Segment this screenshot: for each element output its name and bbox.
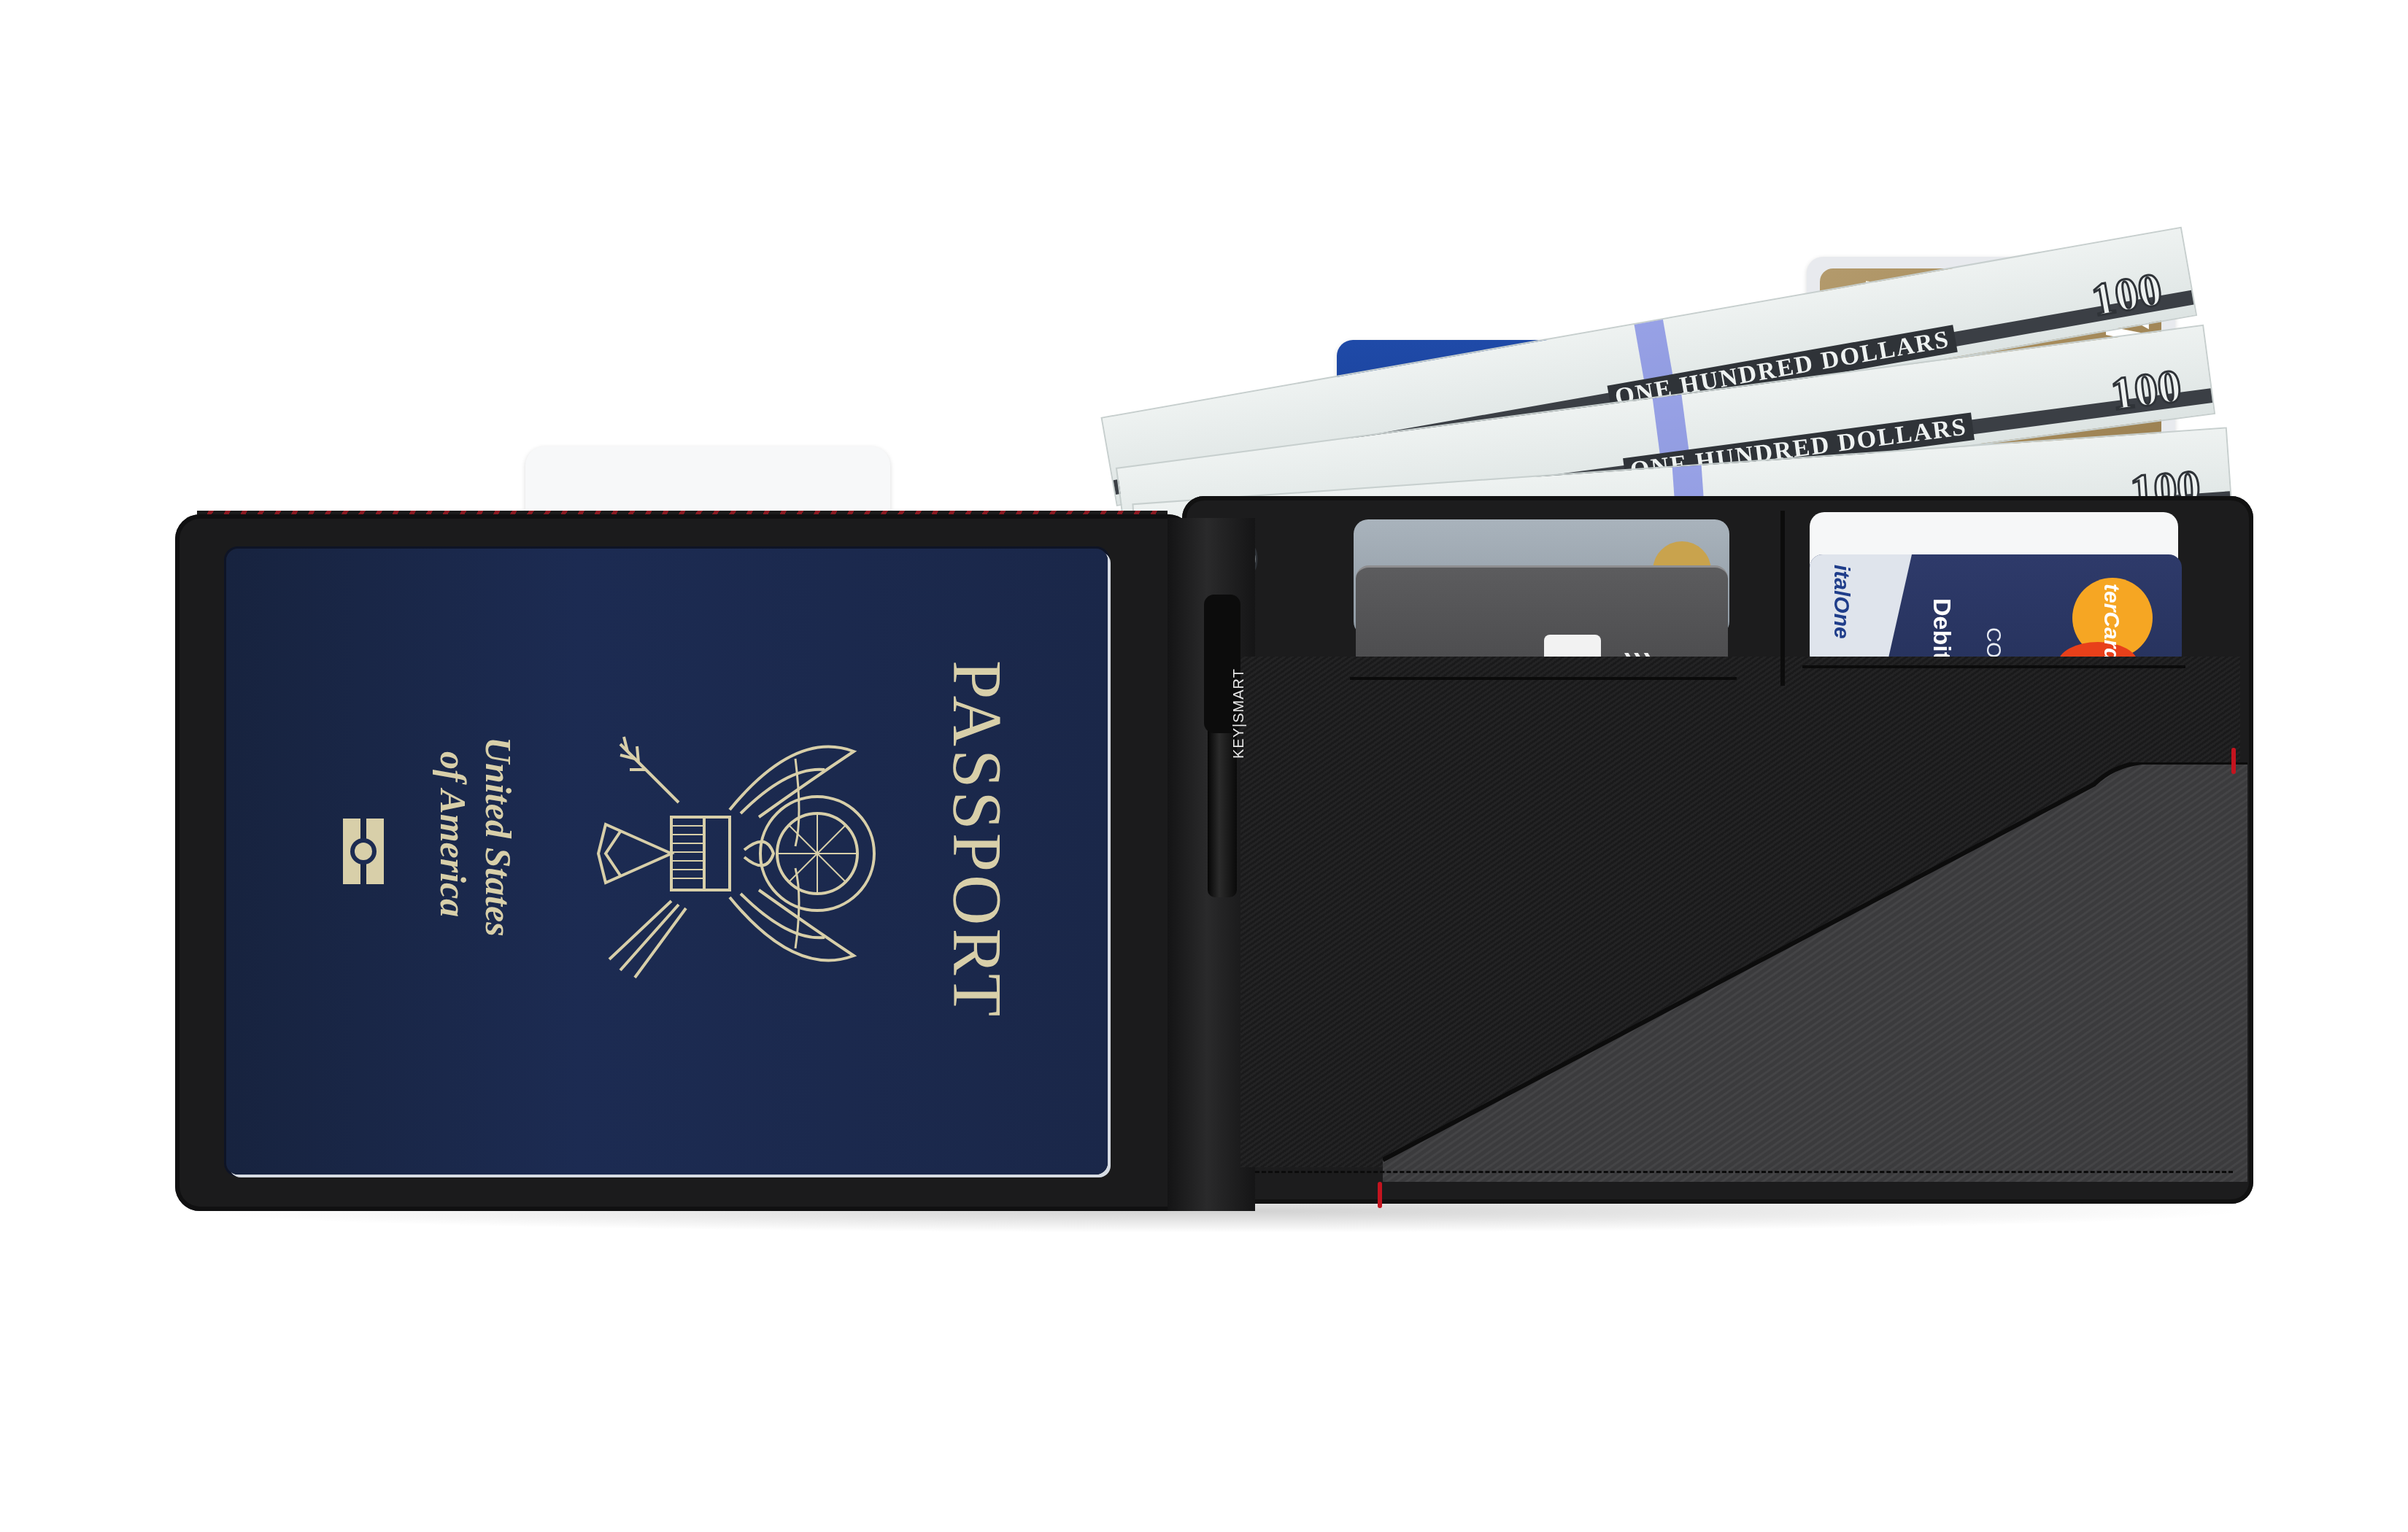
red-stitch-accent (1378, 1182, 1382, 1208)
debit-card-partial-text: CO (1982, 627, 2005, 658)
pen-brand-text: KEY|SMART (1231, 668, 1248, 759)
passport-country-line1: United States (477, 737, 520, 937)
mastercard-text: terCard (2099, 584, 2123, 662)
bottom-stitching (1255, 1171, 2233, 1173)
red-stitch-accent (2231, 748, 2236, 774)
debit-card-type: Debit (1927, 598, 1956, 660)
passport-country-line2: of America (432, 751, 474, 917)
biometric-chip-icon (343, 819, 384, 884)
bill-denomination: 100 (2088, 262, 2166, 328)
passport-title: PASSPORT (937, 660, 1018, 1019)
great-seal-eagle-icon (576, 700, 883, 1007)
grey-diagonal-pocket (1383, 762, 2247, 1193)
capitalone-debit-mastercard: italOne Debit CO terCard (1810, 554, 2182, 668)
bill-denomination: 100 (2108, 359, 2185, 422)
debit-card-issuer: italOne (1829, 565, 1853, 639)
pocket-divider (1780, 511, 1785, 686)
